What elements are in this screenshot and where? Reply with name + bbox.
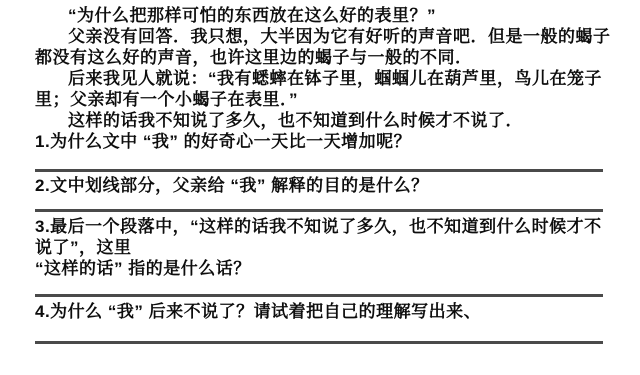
passage-line-1: “为什么把那样可怕的东西放在这么好的表里？” xyxy=(35,5,603,26)
question-1: 1.为什么文中 “我” 的好奇心一天比一天增加呢？ xyxy=(35,131,603,152)
question-3-text-line-2: 说了”，这里 xyxy=(35,237,603,258)
question-1-text: 1.为什么文中 “我” 的好奇心一天比一天增加呢？ xyxy=(35,131,603,152)
passage-line-4: 后来我见人就说：“我有蟋蟀在钵子里，蝈蝈儿在葫芦里，鸟儿在笼子 xyxy=(35,68,603,89)
question-3: 3.最后一个段落中，“这样的话我不知说了多久，也不知道到什么时候才不 说了”，这… xyxy=(35,216,603,279)
answer-blank-line-4 xyxy=(35,341,603,344)
answer-blank-line-3 xyxy=(35,294,603,297)
passage-line-3: 都没有这么好的声音，也许这里边的蝎子与一般的不同． xyxy=(35,47,603,68)
reading-passage: “为什么把那样可怕的东西放在这么好的表里？” 父亲没有回答．我只想，大半因为它有… xyxy=(35,5,603,131)
question-3-text-line-3: “这样的话” 指的是什么话？ xyxy=(35,258,603,279)
passage-line-2: 父亲没有回答．我只想，大半因为它有好听的声音吧．但是一般的蝎子 xyxy=(35,26,603,47)
passage-line-5: 里；父亲却有一个小蝎子在表里．” xyxy=(35,89,603,110)
question-2: 2.文中划线部分，父亲给 “我” 解释的目的是什么？ xyxy=(35,175,603,196)
answer-blank-line-2 xyxy=(35,209,603,212)
question-2-text: 2.文中划线部分，父亲给 “我” 解释的目的是什么？ xyxy=(35,175,603,196)
worksheet-page: “为什么把那样可怕的东西放在这么好的表里？” 父亲没有回答．我只想，大半因为它有… xyxy=(0,0,640,375)
answer-blank-line-1 xyxy=(35,169,603,172)
question-3-text-line-1: 3.最后一个段落中，“这样的话我不知说了多久，也不知道到什么时候才不 xyxy=(35,216,603,237)
passage-line-6: 这样的话我不知说了多久，也不知道到什么时候才不说了． xyxy=(35,110,603,131)
question-4: 4.为什么 “我” 后来不说了？请试着把自己的理解写出来、 xyxy=(35,301,603,322)
question-4-text: 4.为什么 “我” 后来不说了？请试着把自己的理解写出来、 xyxy=(35,301,603,322)
